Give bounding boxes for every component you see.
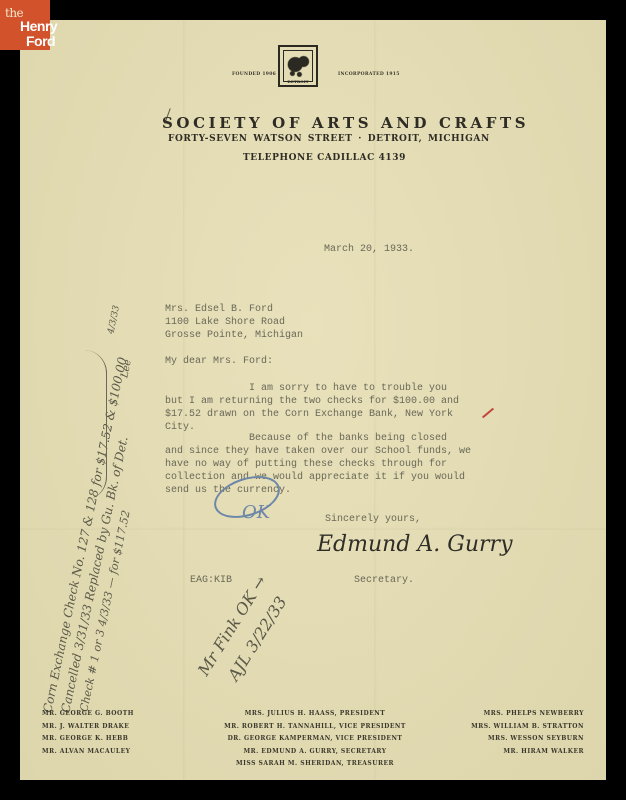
logo-ford: Ford (26, 33, 55, 49)
paragraph-line: and since they have taken over our Schoo… (165, 445, 471, 458)
officer-name: MR. ROBERT H. TANNAHILL, VICE PRESIDENT (220, 721, 410, 734)
letter-date: March 20, 1933. (324, 243, 414, 256)
director-name: MR. ALVAN MACAULEY (42, 746, 134, 759)
footer-directors-left: MR. GEORGE G. BOOTH MR. J. WALTER DRAKE … (42, 708, 134, 758)
recipient-line: Mrs. Edsel B. Ford (165, 303, 273, 316)
officer-name: MRS. JULIUS H. HAASS, PRESIDENT (220, 708, 410, 721)
signature: Edmund A. Gurry (317, 532, 513, 557)
paragraph-line: but I am returning the two checks for $1… (165, 395, 459, 408)
recipient-line: 1100 Lake Shore Road (165, 316, 285, 329)
seal-text: DETROIT (280, 79, 316, 84)
director-name: MR. GEORGE K. HEBB (42, 733, 134, 746)
paragraph-line: $17.52 drawn on the Corn Exchange Bank, … (165, 408, 453, 421)
margin-note-initials: Lee (119, 359, 134, 379)
signer-title: Secretary. (354, 574, 414, 587)
closing: Sincerely yours, (325, 513, 421, 526)
ok-note: OK (242, 502, 270, 523)
margin-bracket (84, 350, 107, 500)
director-name: MRS. WESSON SEYBURN (471, 733, 584, 746)
director-name: MR. HIRAM WALKER (471, 746, 584, 759)
seal-emblem-icon (283, 50, 313, 82)
salutation: My dear Mrs. Ford: (165, 355, 273, 368)
director-name: MR. GEORGE G. BOOTH (42, 708, 134, 721)
incorporated-label: INCORPORATED 1915 (338, 72, 400, 77)
officer-name: MR. EDMUND A. GURRY, SECRETARY (220, 746, 410, 759)
recipient-line: Grosse Pointe, Michigan (165, 329, 303, 342)
organization-name: SOCIETY OF ARTS AND CRAFTS (20, 114, 606, 132)
letterhead-telephone: TELEPHONE CADILLAC 4139 (243, 153, 406, 163)
logo-henry: Henry (20, 18, 57, 34)
paragraph-line: have no way of putting these checks thro… (165, 458, 447, 471)
letter-page: FOUNDED 1906 DETROIT INCORPORATED 1915 S… (20, 20, 606, 780)
footer-directors-right: MRS. PHELPS NEWBERRY MRS. WILLIAM B. STR… (471, 708, 584, 758)
paragraph-line: collection and we would appreciate it if… (165, 471, 465, 484)
margin-note-date: 4/3/33 (106, 305, 122, 335)
red-check-mark (482, 408, 494, 419)
director-name: MRS. PHELPS NEWBERRY (471, 708, 584, 721)
society-seal-icon: DETROIT (278, 45, 318, 87)
officer-name: DR. GEORGE KAMPERMAN, VICE PRESIDENT (220, 733, 410, 746)
director-name: MR. J. WALTER DRAKE (42, 721, 134, 734)
paragraph-line: I am sorry to have to trouble you (165, 382, 447, 395)
officer-name: MISS SARAH M. SHERIDAN, TREASURER (220, 758, 410, 771)
paragraph-line: Because of the banks being closed (165, 432, 447, 445)
footer-officers: MRS. JULIUS H. HAASS, PRESIDENT MR. ROBE… (220, 708, 410, 771)
director-name: MRS. WILLIAM B. STRATTON (471, 721, 584, 734)
letterhead-address: FORTY-SEVEN WATSON STREET · DETROIT, MIC… (168, 134, 490, 144)
typist-initials: EAG:KIB (190, 574, 232, 587)
founded-label: FOUNDED 1906 (232, 72, 276, 77)
henry-ford-logo: the Henry Ford (0, 0, 50, 50)
